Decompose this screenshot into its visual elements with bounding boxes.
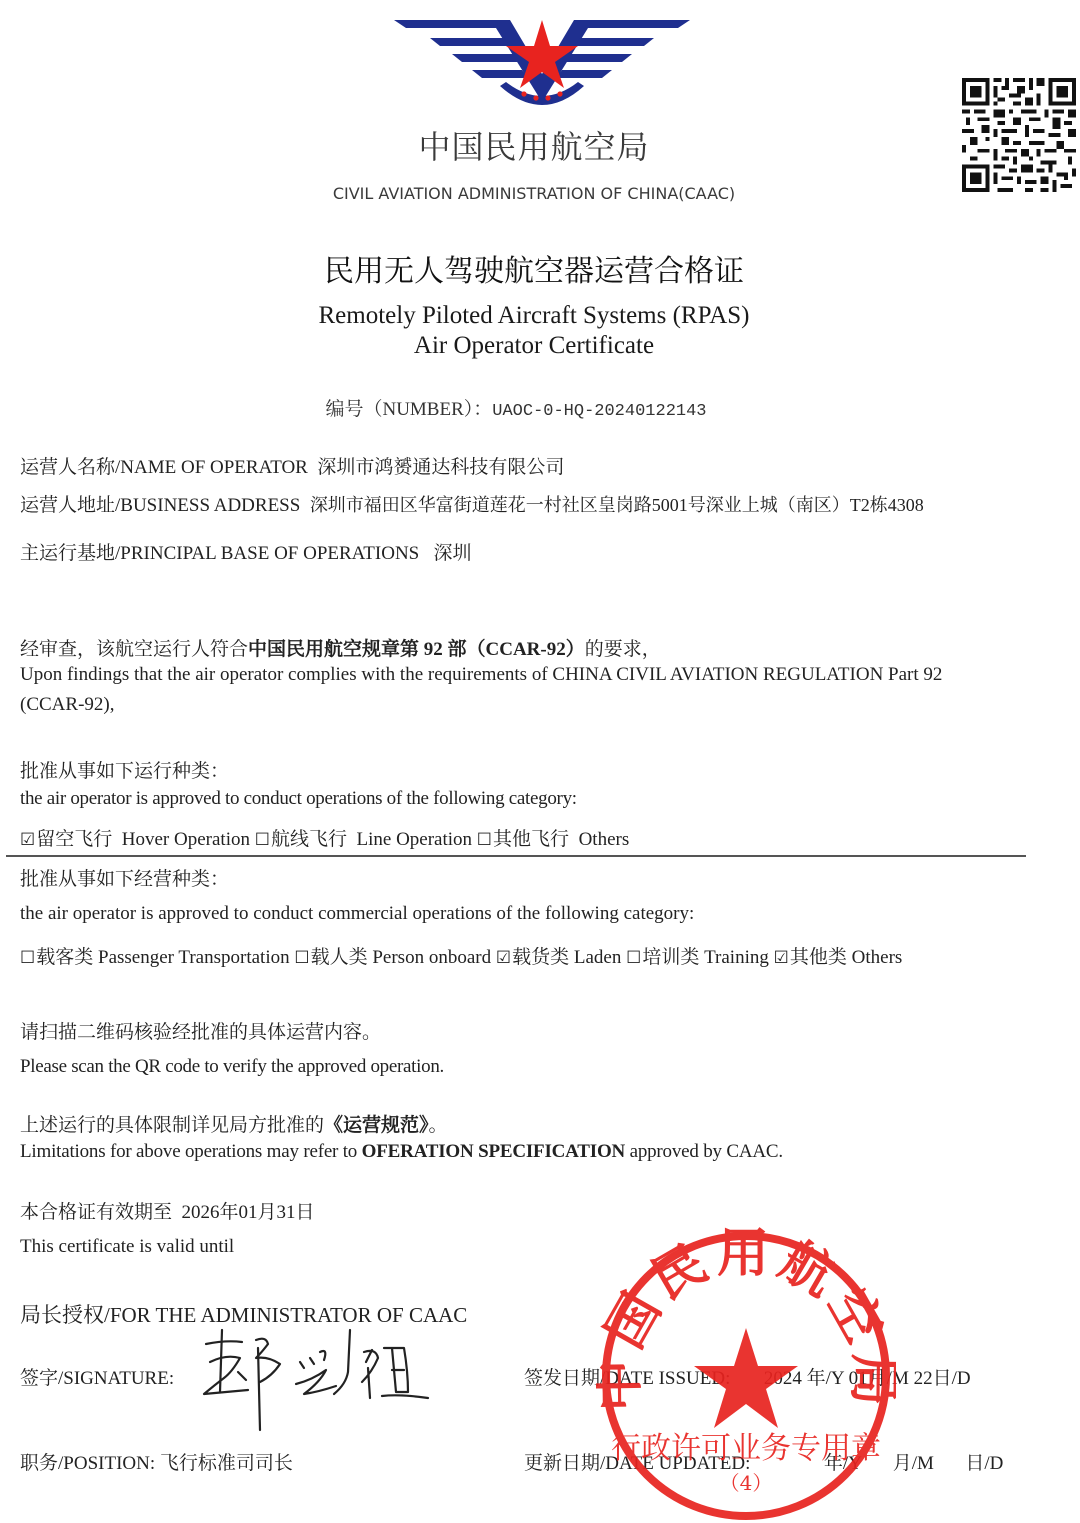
principal-base-label: 主运行基地/PRINCIPAL BASE OF OPERATIONS — [20, 543, 419, 564]
checkbox-checked-icon[interactable]: ☑ — [774, 948, 789, 968]
validity-date: 2026年01月31日 — [182, 1202, 315, 1223]
certificate-number-label: 编号（NUMBER）： — [325, 399, 492, 420]
option-label-en: Training — [704, 947, 769, 968]
option-label-cn: 航线飞行 — [271, 829, 347, 850]
section-divider — [6, 855, 1026, 857]
org-name-cn: 中国民用航空局 — [0, 122, 1068, 168]
issued-day: 22 — [914, 1368, 933, 1389]
validity-label-cn: 本合格证有效期至 — [20, 1202, 172, 1223]
commercial-option-person-onboard[interactable]: ☐载人类 Person onboard — [294, 947, 491, 968]
option-label-cn: 载货类 — [512, 947, 569, 968]
official-seal-icon: 中国民用航空局 行政许可业务专用章 （4） — [596, 1226, 896, 1523]
position-label: 职务/POSITION: — [20, 1453, 155, 1474]
commercial-option-laden[interactable]: ☑载货类 Laden — [496, 947, 622, 968]
option-label-cn: 培训类 — [642, 947, 699, 968]
operator-name-label: 运营人名称/NAME OF OPERATOR — [20, 457, 308, 478]
principal-base-value: 深圳 — [434, 543, 472, 564]
limitations-cn-suffix: 。 — [429, 1115, 448, 1136]
checkbox-checked-icon[interactable]: ☑ — [496, 948, 511, 968]
signature-label: 签字/SIGNATURE: — [20, 1363, 174, 1390]
principal-base-row: 主运行基地/PRINCIPAL BASE OF OPERATIONS 深圳 — [20, 538, 472, 565]
updated-month-unit: 月/M — [893, 1453, 934, 1474]
commercial-option-passenger[interactable]: ☐载客类 Passenger Transportation — [20, 947, 290, 968]
operator-address-row: 运营人地址/BUSINESS ADDRESS 深圳市福田区华富街道莲花一村社区皇… — [20, 490, 924, 517]
position-row: 职务/POSITION: 飞行标准司司长 — [20, 1448, 293, 1475]
org-name-en: CIVIL AVIATION ADMINISTRATION OF CHINA(C… — [0, 184, 1068, 203]
checkbox-unchecked-icon[interactable]: ☐ — [294, 948, 309, 968]
operator-address-value: 深圳市福田区华富街道莲花一村社区皇岗路5001号深业上城（南区）T2栋4308 — [310, 495, 924, 515]
updated-day-unit: 日/D — [965, 1453, 1003, 1474]
operator-name-value: 深圳市鸿赟通达科技有限公司 — [317, 457, 564, 478]
certificate-title-en-line2: Air Operator Certificate — [0, 332, 1068, 360]
option-label-cn: 其他飞行 — [493, 829, 569, 850]
limitations-cn: 上述运行的具体限制详见局方批准的《运营规范》。 — [20, 1110, 448, 1137]
certificate-title-cn: 民用无人驾驶航空器运营合格证 — [0, 246, 1068, 290]
option-label-cn: 载客类 — [36, 947, 93, 968]
option-label-cn: 留空飞行 — [36, 829, 112, 850]
option-label-en: Person onboard — [372, 947, 491, 968]
validity-cn: 本合格证有效期至 2026年01月31日 — [20, 1197, 315, 1224]
checkbox-unchecked-icon[interactable]: ☐ — [20, 948, 35, 968]
limitations-cn-prefix: 上述运行的具体限制详见局方批准的 — [20, 1115, 324, 1136]
option-label-cn: 载人类 — [311, 947, 368, 968]
operation-option-others[interactable]: ☐其他飞行 Others — [477, 829, 629, 850]
findings-en-line2: (CCAR-92), — [20, 694, 114, 716]
operation-spec-title-cn: 《运营规范》 — [324, 1115, 429, 1136]
signature-icon — [196, 1322, 436, 1434]
operation-option-line[interactable]: ☐航线飞行 Line Operation — [255, 829, 472, 850]
option-label-en: Hover Operation — [122, 829, 250, 850]
certificate-number: 编号（NUMBER）：UAOC-0-HQ-20240122143 — [0, 394, 1032, 421]
checkbox-unchecked-icon[interactable]: ☐ — [255, 830, 270, 850]
option-label-en: Others — [579, 829, 630, 850]
operator-name-row: 运营人名称/NAME OF OPERATOR 深圳市鸿赟通达科技有限公司 — [20, 452, 564, 479]
commercial-option-others[interactable]: ☑其他类 Others — [774, 947, 903, 968]
checkbox-unchecked-icon[interactable]: ☐ — [626, 948, 641, 968]
operation-categories-list: ☑留空飞行 Hover Operation ☐航线飞行 Line Operati… — [20, 824, 629, 851]
seal-number: （4） — [720, 1471, 773, 1495]
option-label-cn: 其他类 — [790, 947, 847, 968]
day-unit: 日/D — [933, 1368, 971, 1389]
operation-spec-title-en: OFERATION SPECIFICATION — [362, 1141, 625, 1162]
limitations-en-suffix: approved by CAAC. — [625, 1141, 783, 1162]
checkbox-unchecked-icon[interactable]: ☐ — [477, 830, 492, 850]
limitations-en: Limitations for above operations may ref… — [20, 1141, 783, 1163]
commercial-option-training[interactable]: ☐培训类 Training — [626, 947, 769, 968]
validity-en: This certificate is valid until — [20, 1236, 234, 1258]
option-label-en: Others — [852, 947, 903, 968]
findings-cn: 经审查，该航空运行人符合中国民用航空规章第 92 部（CCAR-92）的要求， — [20, 634, 661, 661]
qr-notice-en: Please scan the QR code to verify the ap… — [20, 1056, 444, 1078]
commercial-categories-list: ☐载客类 Passenger Transportation ☐载人类 Perso… — [20, 942, 902, 969]
qr-notice-cn: 请扫描二维码核验经批准的具体运营内容。 — [20, 1017, 381, 1044]
option-label-en: Laden — [574, 947, 621, 968]
commercial-categories-heading-cn: 批准从事如下经营种类： — [20, 864, 229, 891]
certificate-number-value: UAOC-0-HQ-20240122143 — [492, 402, 706, 421]
operation-option-hover[interactable]: ☑留空飞行 Hover Operation — [20, 829, 250, 850]
option-label-en: Line Operation — [357, 829, 473, 850]
findings-cn-regulation: 中国民用航空规章第 92 部（CCAR-92） — [248, 639, 585, 660]
caac-emblem-icon — [392, 12, 692, 112]
checkbox-checked-icon[interactable]: ☑ — [20, 830, 35, 850]
position-value: 飞行标准司司长 — [160, 1453, 293, 1474]
operation-categories-heading-en: the air operator is approved to conduct … — [20, 788, 577, 810]
findings-cn-suffix: 的要求， — [585, 639, 661, 660]
findings-en-line1: Upon findings that the air operator comp… — [20, 664, 942, 686]
operator-address-label: 运营人地址/BUSINESS ADDRESS — [20, 495, 300, 516]
seal-inner-text: 行政许可业务专用章 — [611, 1431, 881, 1466]
option-label-en: Passenger Transportation — [98, 947, 290, 968]
certificate-title-en-line1: Remotely Piloted Aircraft Systems (RPAS) — [0, 302, 1068, 330]
findings-cn-prefix: 经审查，该航空运行人符合 — [20, 639, 248, 660]
commercial-categories-heading-en: the air operator is approved to conduct … — [20, 903, 694, 925]
qr-code-icon[interactable] — [962, 78, 1076, 192]
limitations-en-prefix: Limitations for above operations may ref… — [20, 1141, 362, 1162]
operation-categories-heading-cn: 批准从事如下运行种类： — [20, 756, 229, 783]
